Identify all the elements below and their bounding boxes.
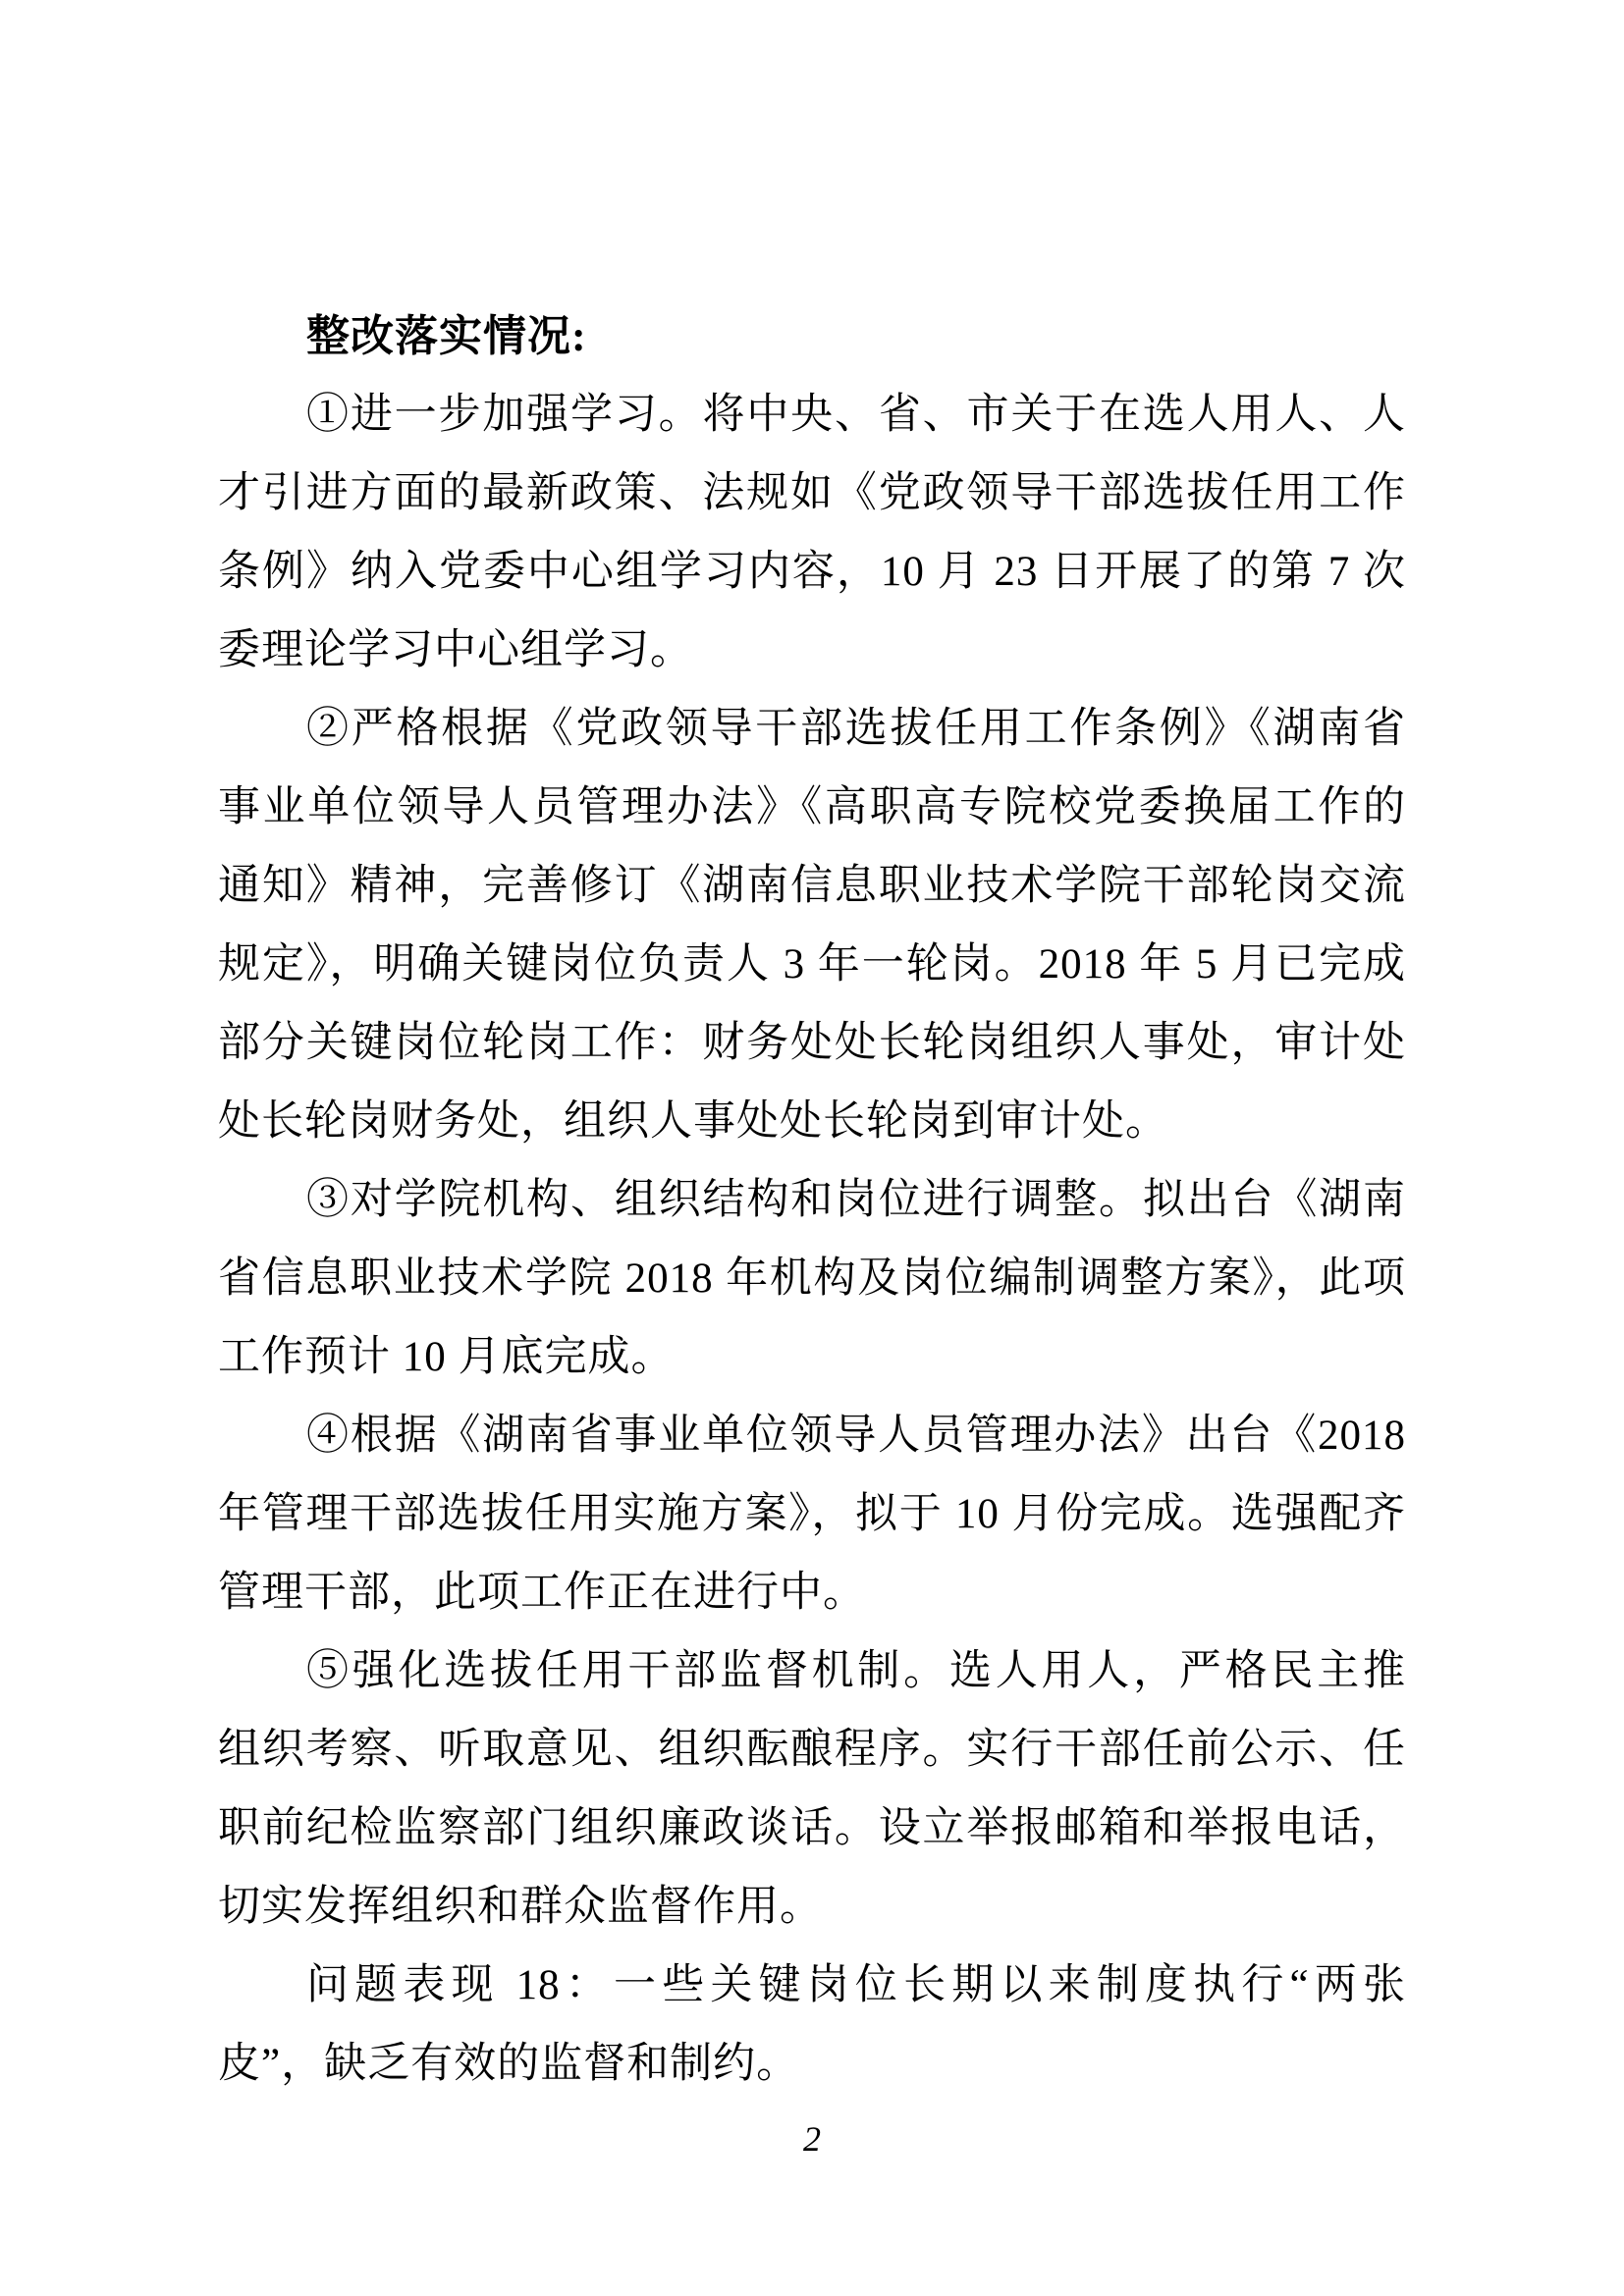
text-line: 委理论学习中心组学习。 [218, 612, 1406, 690]
text-line: 管理干部，此项工作正在进行中。 [218, 1554, 1406, 1632]
text-line: ⑤强化选拔任用干部监督机制。选人用人，严格民主推荐、 [218, 1632, 1406, 1711]
text-line: 工作预计 10 月底完成。 [218, 1318, 1406, 1397]
text-line: 才引进方面的最新政策、法规如《党政领导干部选拔任用工作 [218, 454, 1406, 533]
document-title: 整改落实情况: [218, 297, 1406, 376]
text-line: 切实发挥组织和群众监督作用。 [218, 1868, 1406, 1947]
text-line: 组织考察、听取意见、组织酝酿程序。实行干部任前公示、任 [218, 1711, 1406, 1789]
text-line: 问题表现 18：一些关键岗位长期以来制度执行“两张 [218, 1947, 1406, 2025]
document-page: 整改落实情况: ①进一步加强学习。将中央、省、市关于在选人用人、人才引进方面的最… [0, 0, 1624, 2296]
text-line: 通知》精神，完善修订《湖南信息职业技术学院干部轮岗交流 [218, 847, 1406, 926]
text-line: 皮”，缺乏有效的监督和制约。 [218, 2025, 1406, 2104]
document-body: ①进一步加强学习。将中央、省、市关于在选人用人、人才引进方面的最新政策、法规如《… [218, 376, 1406, 2104]
text-line: 职前纪检监察部门组织廉政谈话。设立举报邮箱和举报电话， [218, 1789, 1406, 1868]
text-line: ①进一步加强学习。将中央、省、市关于在选人用人、人 [218, 376, 1406, 454]
text-line: 事业单位领导人员管理办法》《高职高专院校党委换届工作的 [218, 769, 1406, 847]
text-line: 处长轮岗财务处，组织人事处处长轮岗到审计处。 [218, 1083, 1406, 1161]
text-line: 条例》纳入党委中心组学习内容，10 月 23 日开展了的第 7 次党 [218, 533, 1406, 612]
text-line: ③对学院机构、组织结构和岗位进行调整。拟出台《湖南 [218, 1161, 1406, 1240]
text-line: 规定》，明确关键岗位负责人 3 年一轮岗。2018 年 5 月已完成 [218, 926, 1406, 1004]
text-line: 省信息职业技术学院 2018 年机构及岗位编制调整方案》，此项 [218, 1240, 1406, 1318]
text-line: 年管理干部选拔任用实施方案》，拟于 10 月份完成。选强配齐 [218, 1475, 1406, 1554]
text-line: ②严格根据《党政领导干部选拔任用工作条例》《湖南省 [218, 690, 1406, 769]
page-number: 2 [0, 2118, 1624, 2160]
text-line: ④根据《湖南省事业单位领导人员管理办法》出台《2018 [218, 1397, 1406, 1475]
document-text-block: 整改落实情况: ①进一步加强学习。将中央、省、市关于在选人用人、人才引进方面的最… [218, 297, 1406, 2104]
text-line: 部分关键岗位轮岗工作：财务处处长轮岗组织人事处，审计处 [218, 1004, 1406, 1083]
